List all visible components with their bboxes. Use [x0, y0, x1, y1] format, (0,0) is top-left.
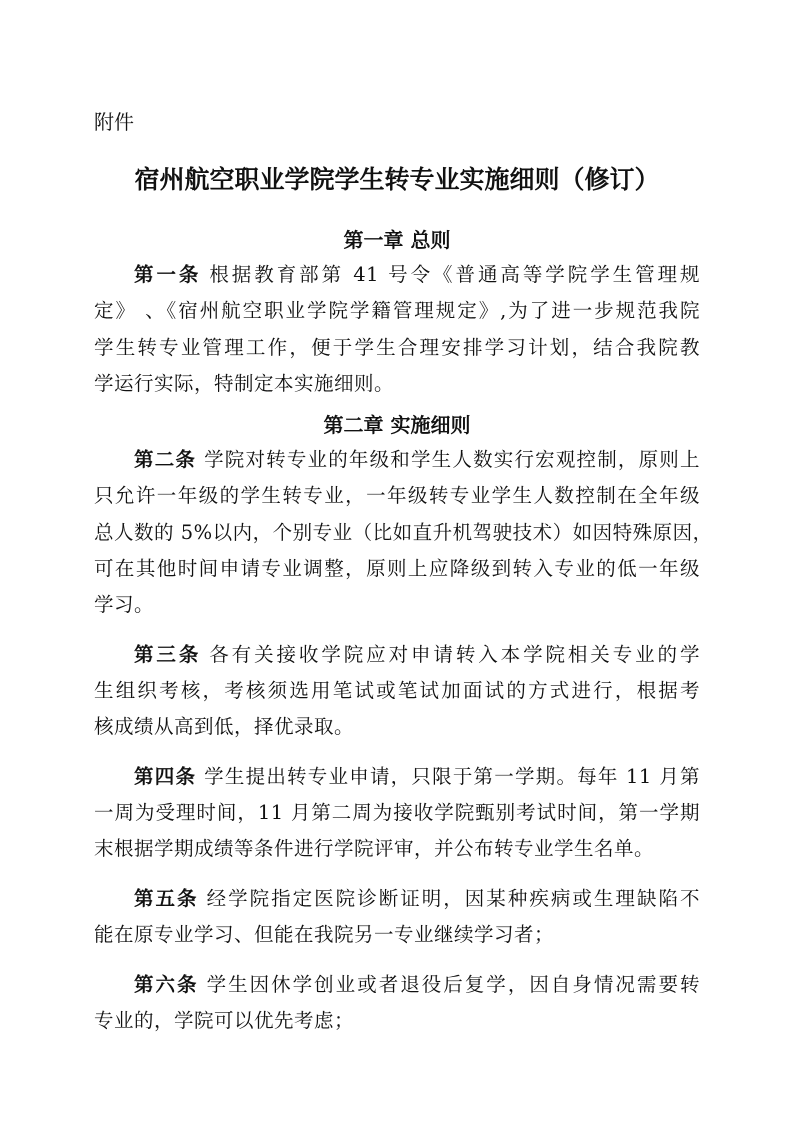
- article-3-line-1: 第三条各有关接收学院应对申请转入本学院相关专业的学: [94, 642, 700, 668]
- article-2-line-4: 可在其他时间申请专业调整，原则上应降级到转入专业的低一年级: [94, 556, 700, 582]
- article-5-line-2: 能在原专业学习、但能在我院另一专业继续学习者；: [94, 922, 700, 948]
- article-5-line-1: 第五条经学院指定医院诊断证明，因某种疾病或生理缺陷不: [94, 886, 700, 912]
- article-4-line-1: 第四条学生提出转专业申请，只限于第一学期。每年 11 月第: [94, 764, 700, 790]
- article-4-line-3: 末根据学期成绩等条件进行学院评审，并公布转专业学生名单。: [94, 836, 700, 862]
- article-label: 第六条: [134, 973, 199, 996]
- chapter-heading-2: 第二章 实施细则: [0, 409, 794, 438]
- article-1-line-4: 学运行实际，特制定本实施细则。: [94, 371, 700, 397]
- article-2-line-2: 只允许一年级的学生转专业，一年级转专业学生人数控制在全年级: [94, 483, 700, 509]
- article-6-line-1: 第六条学生因休学创业或者退役后复学，因自身情况需要转: [94, 972, 700, 998]
- article-3-line-2: 生组织考核，考核须选用笔试或笔试加面试的方式进行，根据考: [94, 678, 700, 704]
- article-1-line-2: 定》 、《宿州航空职业学院学籍管理规定》,为了进一步规范我院: [94, 298, 700, 324]
- article-3-line-3: 核成绩从高到低，择优录取。: [94, 714, 700, 740]
- article-2-line-5: 学习。: [94, 592, 700, 618]
- article-label: 第一条: [134, 263, 201, 286]
- article-1-line-3: 学生转专业管理工作，便于学生合理安排学习计划，结合我院教: [94, 335, 700, 361]
- article-label: 第四条: [134, 765, 196, 788]
- attachment-label: 附件: [94, 106, 134, 135]
- article-label: 第三条: [134, 643, 201, 666]
- article-label: 第五条: [134, 887, 199, 910]
- article-2-line-3: 总人数的 5%以内，个别专业（比如直升机驾驶技术）如因特殊原因，: [94, 520, 700, 546]
- article-label: 第二条: [134, 448, 196, 471]
- article-1-line-1: 第一条根据教育部第 41 号令《普通高等学院学生管理规: [94, 262, 700, 288]
- article-2-line-1: 第二条学院对转专业的年级和学生人数实行宏观控制，原则上: [94, 447, 700, 473]
- document-title: 宿州航空职业学院学生转专业实施细则（修订）: [0, 160, 794, 196]
- article-4-line-2: 一周为受理时间，11 月第二周为接收学院甄别考试时间，第一学期: [94, 800, 700, 826]
- chapter-heading-1: 第一章 总则: [0, 224, 794, 253]
- article-6-line-2: 专业的，学院可以优先考虑；: [94, 1008, 700, 1034]
